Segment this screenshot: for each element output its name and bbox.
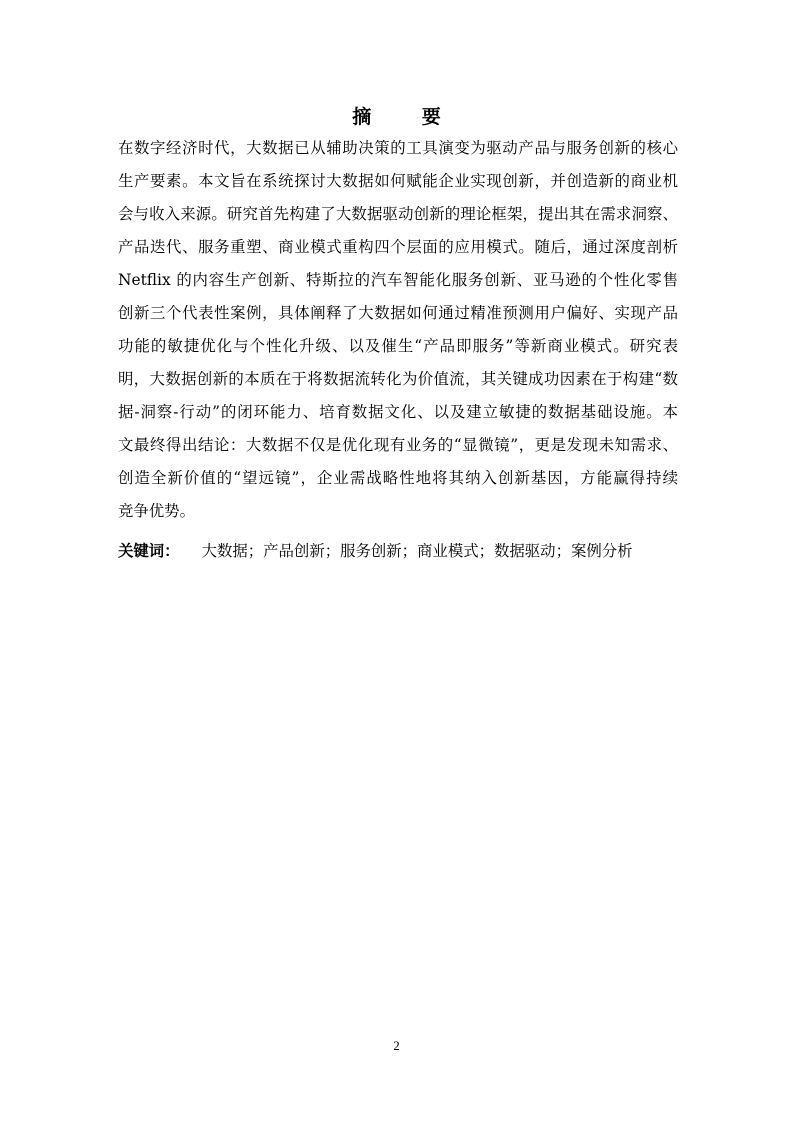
keywords-row: 关键词：大数据；产品创新；服务创新；商业模式；数据驱动；案例分析 bbox=[118, 539, 633, 563]
abstract-line: Netflix 的内容生产创新、特斯拉的汽车智能化服务创新、亚马逊的个性化零售 bbox=[118, 268, 678, 292]
keywords-list: 大数据；产品创新；服务创新；商业模式；数据驱动；案例分析 bbox=[202, 542, 633, 560]
abstract-line: 会与收入来源。研究首先构建了大数据驱动创新的理论框架，提出其在需求洞察、 bbox=[118, 202, 678, 226]
keywords-label: 关键词： bbox=[118, 542, 180, 560]
abstract-line: 文最终得出结论：大数据不仅是优化现有业务的“显微镜”，更是发现未知需求、 bbox=[118, 433, 678, 457]
abstract-line: 据-洞察-行动”的闭环能力、培育数据文化、以及建立敏捷的数据基础设施。本 bbox=[118, 400, 678, 424]
abstract-line: 在数字经济时代，大数据已从辅助决策的工具演变为驱动产品与服务创新的核心 bbox=[118, 136, 678, 160]
abstract-line: 产品迭代、服务重塑、商业模式重构四个层面的应用模式。随后，通过深度剖析 bbox=[118, 235, 678, 259]
abstract-line: 竞争优势。 bbox=[118, 499, 678, 523]
abstract-line: 创新三个代表性案例，具体阐释了大数据如何通过精准预测用户偏好、实现产品 bbox=[118, 301, 678, 325]
abstract-line: 明，大数据创新的本质在于将数据流转化为价值流，其关键成功因素在于构建“数 bbox=[118, 367, 678, 391]
abstract-title: 摘 要 bbox=[0, 104, 793, 130]
page-number: 2 bbox=[0, 1038, 793, 1054]
abstract-line: 功能的敏捷优化与个性化升级、以及催生“产品即服务”等新商业模式。研究表 bbox=[118, 334, 678, 358]
abstract-line: 生产要素。本文旨在系统探讨大数据如何赋能企业实现创新，并创造新的商业机 bbox=[118, 169, 678, 193]
abstract-line: 创造全新价值的“望远镜”，企业需战略性地将其纳入创新基因，方能赢得持续 bbox=[118, 466, 678, 490]
